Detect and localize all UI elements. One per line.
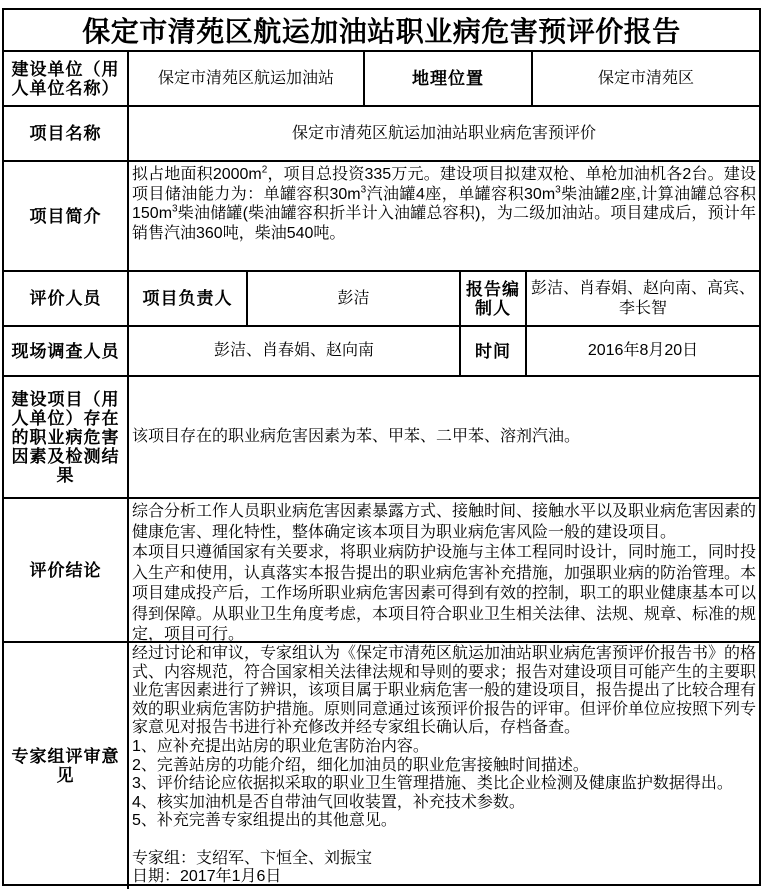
superscript: 3 bbox=[172, 204, 178, 215]
project-name-label: 项目名称 bbox=[4, 107, 127, 160]
review-item: 5、补充完善专家组提出的其他意见。 bbox=[132, 812, 756, 831]
review-item: 3、评价结论应依据拟采取的职业卫生管理措施、类比企业检测及健康监护数据得出。 bbox=[132, 775, 756, 794]
blank-line bbox=[132, 831, 756, 850]
survey-label: 现场调查人员 bbox=[4, 327, 127, 375]
report-title: 保定市清苑区航运加油站职业病危害预评价报告 bbox=[4, 10, 759, 50]
expert-review-row: 专家组评审意见 经过讨论和审议，专家组认为《保定市清苑区航运加油站职业病危害预评… bbox=[4, 641, 759, 889]
survey-row: 现场调查人员 彭洁、肖春娟、赵向南 时间 2016年8月20日 bbox=[4, 325, 759, 375]
location-value: 保定市清苑区 bbox=[531, 52, 759, 105]
conclusion-paragraph-2: 本项目只遵循国家有关要求，将职业病防护设施与主体工程同时设计，同时施工，同时投入… bbox=[132, 543, 756, 641]
evaluators-row: 评价人员 项目负责人 彭洁 报告编制人 彭洁、肖春娟、赵向南、高宾、李长智 bbox=[4, 270, 759, 325]
review-item: 4、核实加油机是否自带油气回收装置，补充技术参数。 bbox=[132, 794, 756, 813]
survey-time-value: 2016年8月20日 bbox=[525, 327, 759, 375]
title-row: 保定市清苑区航运加油站职业病危害预评价报告 bbox=[4, 10, 759, 50]
report-compilers-value: 彭洁、肖春娟、赵向南、高宾、李长智 bbox=[525, 272, 759, 325]
project-intro-row: 项目简介 拟占地面积2000m2，项目总投资335万元。建设项目拟建双枪、单枪加… bbox=[4, 160, 759, 270]
conclusion-paragraph-1: 综合分析工作人员职业病危害因素暴露方式、接触时间、接触水平以及职业病危害因素的健… bbox=[132, 502, 756, 543]
hazards-row: 建设项目（用人单位）存在的职业病危害因素及检测结果 该项目存在的职业病危害因素为… bbox=[4, 375, 759, 497]
superscript: 2 bbox=[262, 165, 268, 176]
hazards-label: 建设项目（用人单位）存在的职业病危害因素及检测结果 bbox=[4, 377, 127, 497]
expert-review-text: 经过讨论和审议，专家组认为《保定市清苑区航运加油站职业病危害预评价报告书》的格式… bbox=[127, 643, 759, 889]
project-intro-text: 拟占地面积2000m2，项目总投资335万元。建设项目拟建双枪、单枪加油机各2台… bbox=[127, 162, 759, 270]
review-date-line: 日期：2017年1月6日 bbox=[132, 868, 756, 887]
expert-names-line: 专家组：支绍军、卞恒全、刘振宝 bbox=[132, 850, 756, 869]
location-label: 地理位置 bbox=[363, 52, 531, 105]
report-compilers-label: 报告编制人 bbox=[459, 272, 525, 325]
unit-label: 建设单位（用人单位名称） bbox=[4, 52, 127, 105]
survey-value: 彭洁、肖春娟、赵向南 bbox=[127, 327, 459, 375]
review-item: 2、完善站房的功能介绍，细化加油员的职业危害接触时间描述。 bbox=[132, 757, 756, 776]
unit-value: 保定市清苑区航运加油站 bbox=[127, 52, 363, 105]
review-item: 1、应补充提出站房的职业危害防治内容。 bbox=[132, 738, 756, 757]
project-leader-value: 彭洁 bbox=[246, 272, 459, 325]
conclusion-label: 评价结论 bbox=[4, 499, 127, 641]
conclusion-row: 评价结论 综合分析工作人员职业病危害因素暴露方式、接触时间、接触水平以及职业病危… bbox=[4, 497, 759, 641]
project-name-row: 项目名称 保定市清苑区航运加油站职业病危害预评价 bbox=[4, 105, 759, 160]
superscript: 3 bbox=[555, 184, 561, 195]
survey-time-label: 时间 bbox=[459, 327, 525, 375]
expert-review-label: 专家组评审意见 bbox=[4, 643, 127, 889]
superscript: 3 bbox=[361, 184, 367, 195]
expert-review-items: 1、应补充提出站房的职业危害防治内容。2、完善站房的功能介绍，细化加油员的职业危… bbox=[132, 738, 756, 831]
report-table: 保定市清苑区航运加油站职业病危害预评价报告 建设单位（用人单位名称） 保定市清苑… bbox=[2, 8, 761, 886]
expert-review-paragraph: 经过讨论和审议，专家组认为《保定市清苑区航运加油站职业病危害预评价报告书》的格式… bbox=[132, 645, 756, 738]
project-leader-label: 项目负责人 bbox=[127, 272, 246, 325]
project-name-value: 保定市清苑区航运加油站职业病危害预评价 bbox=[127, 107, 759, 160]
unit-row: 建设单位（用人单位名称） 保定市清苑区航运加油站 地理位置 保定市清苑区 bbox=[4, 50, 759, 105]
hazards-value: 该项目存在的职业病危害因素为苯、甲苯、二甲苯、溶剂汽油。 bbox=[127, 377, 759, 497]
conclusion-text: 综合分析工作人员职业病危害因素暴露方式、接触时间、接触水平以及职业病危害因素的健… bbox=[127, 499, 759, 641]
project-intro-label: 项目简介 bbox=[4, 162, 127, 270]
evaluators-label: 评价人员 bbox=[4, 272, 127, 325]
